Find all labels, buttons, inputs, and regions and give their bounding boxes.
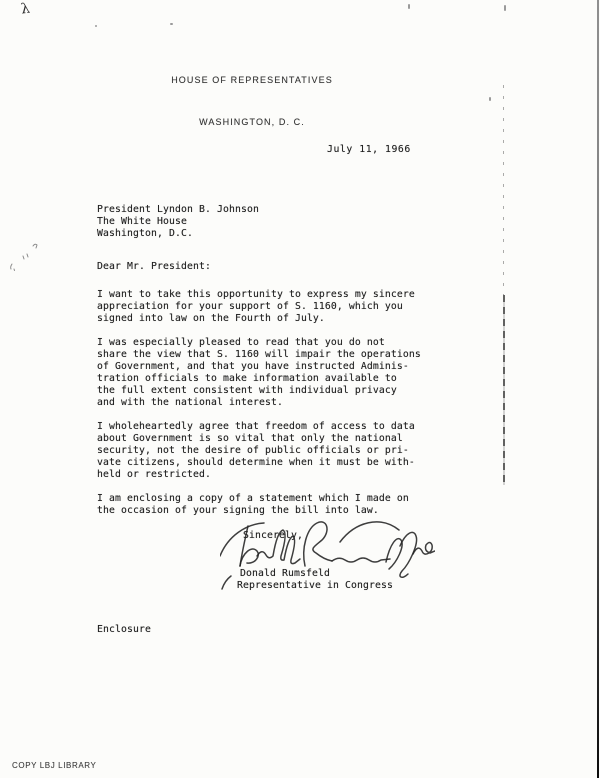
signature-name: Donald Rumsfeld (240, 568, 330, 580)
handwritten-lambda-mark: λ (20, 0, 31, 17)
letterhead-line2: WASHINGTON, D. C. (97, 115, 407, 129)
scan-speck (408, 4, 410, 9)
salutation: Dear Mr. President: (97, 261, 211, 273)
archive-stamp: COPY LBJ LIBRARY (12, 761, 96, 770)
letterhead-line1: HOUSE OF REPRESENTATIVES (97, 73, 407, 87)
paragraph-3: I wholeheartedly agree that freedom of a… (97, 421, 415, 481)
signature-script (220, 520, 435, 608)
scan-speck (170, 23, 173, 25)
right-scan-edge-line (597, 0, 599, 778)
scanned-letter-page: λ HOUSE OF REPRESENTATIVES WASHINGTON, D… (0, 0, 600, 778)
paragraph-1: I want to take this opportunity to expre… (97, 289, 415, 325)
paragraph-2: I was especially pleased to read that yo… (97, 337, 421, 409)
enclosure-note: Enclosure (97, 624, 151, 636)
scan-speck (95, 25, 97, 27)
recipient-address: President Lyndon B. Johnson The White Ho… (97, 204, 259, 240)
letterhead: HOUSE OF REPRESENTATIVES WASHINGTON, D. … (97, 45, 407, 157)
signature-title: Representative in Congress (237, 580, 393, 592)
vertical-dashed-scan-line (503, 85, 504, 295)
paragraph-4: I am enclosing a copy of a statement whi… (97, 493, 409, 517)
scan-speck (504, 5, 506, 11)
vertical-dashed-scan-line-lower (503, 295, 505, 485)
pencil-margin-marks (5, 238, 45, 278)
letter-date: July 11, 1966 (327, 144, 411, 156)
scan-speck (489, 97, 491, 101)
